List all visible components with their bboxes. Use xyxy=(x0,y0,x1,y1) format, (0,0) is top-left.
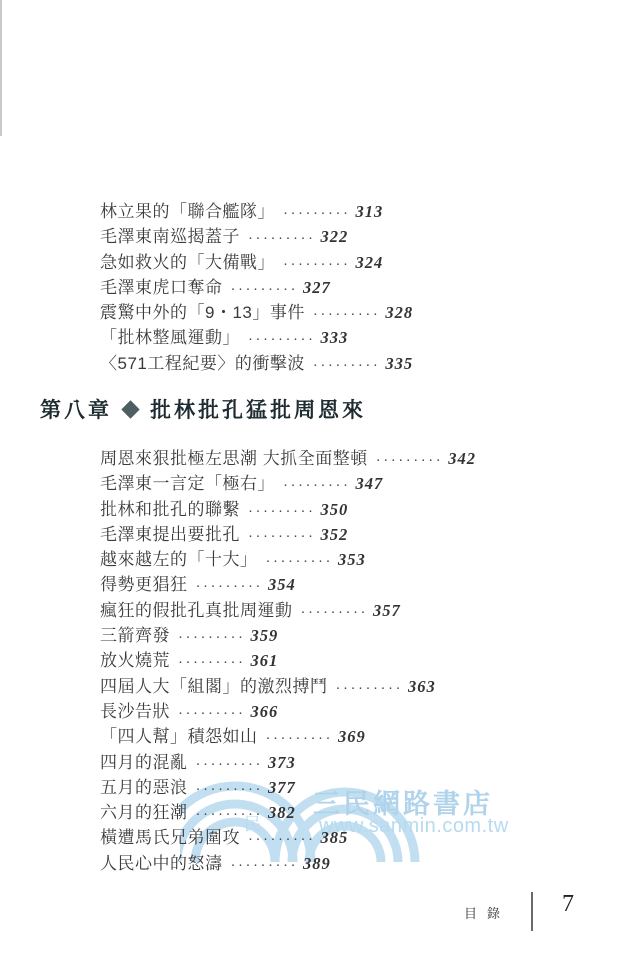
toc-entry-title: 放火燒荒 xyxy=(100,646,170,671)
toc-entry: 「四人幫」積怨如山·········369 xyxy=(100,722,476,747)
toc-entry-title: 四月的混亂 xyxy=(100,748,188,773)
toc-leader-dots: ········· xyxy=(266,552,333,569)
toc-entry: 五月的惡浪·········377 xyxy=(100,773,476,798)
toc-leader-dots: ········· xyxy=(283,204,350,221)
diamond-icon xyxy=(121,400,139,418)
toc-entry-page-number: 385 xyxy=(320,828,348,848)
toc-entry-page-number: 333 xyxy=(320,328,348,348)
toc-leader-dots: ········· xyxy=(178,653,245,670)
toc-section-upper: 林立果的「聯合艦隊」·········313毛澤東南巡揭蓋子·········3… xyxy=(100,197,413,374)
toc-entry-title: 林立果的「聯合艦隊」 xyxy=(100,197,275,222)
toc-leader-dots: ········· xyxy=(178,704,245,721)
toc-entry-title: 六月的狂潮 xyxy=(100,798,188,823)
toc-entry: 六月的狂潮·········382 xyxy=(100,798,476,823)
toc-entry-title: 「批林整風運動」 xyxy=(100,323,240,348)
toc-entry: 批林和批孔的聯繫·········350 xyxy=(100,495,476,520)
toc-leader-dots: ········· xyxy=(248,527,315,544)
toc-leader-dots: ········· xyxy=(301,603,368,620)
toc-entry-title: 三箭齊發 xyxy=(100,621,170,646)
toc-entry: 放火燒荒·········361 xyxy=(100,646,476,671)
toc-entry-title: 毛澤東提出要批孔 xyxy=(100,520,240,545)
toc-leader-dots: ········· xyxy=(196,577,263,594)
toc-entry-title: 長沙告狀 xyxy=(100,697,170,722)
toc-entry-page-number: 363 xyxy=(408,677,436,697)
toc-leader-dots: ········· xyxy=(196,755,263,772)
footer-page-number: 7 xyxy=(562,891,574,918)
toc-leader-dots: ········· xyxy=(313,356,380,373)
toc-entry: 人民心中的怒濤·········389 xyxy=(100,849,476,874)
toc-entry-page-number: 382 xyxy=(268,803,296,823)
toc-entry-title: 得勢更猖狂 xyxy=(100,570,188,595)
toc-leader-dots: ········· xyxy=(248,330,315,347)
toc-entry-page-number: 324 xyxy=(355,253,383,273)
scan-edge-artifact xyxy=(0,0,2,136)
toc-entry-page-number: 328 xyxy=(385,303,413,323)
footer-divider xyxy=(531,892,533,931)
toc-entry-title: 批林和批孔的聯繫 xyxy=(100,495,240,520)
toc-entry-title: 人民心中的怒濤 xyxy=(100,849,223,874)
toc-entry: 震驚中外的「9・13」事件·········328 xyxy=(100,298,413,323)
toc-leader-dots: ········· xyxy=(231,280,298,297)
footer-section-label: 目錄 xyxy=(464,903,510,922)
toc-entry: 得勢更猖狂·········354 xyxy=(100,570,476,595)
toc-entry-page-number: 313 xyxy=(355,202,383,222)
toc-entry: 毛澤東一言定「極右」·········347 xyxy=(100,469,476,494)
chapter-number: 第八章 xyxy=(40,394,112,424)
toc-entry-title: 毛澤東南巡揭蓋子 xyxy=(100,222,240,247)
toc-entry-page-number: 389 xyxy=(303,854,331,874)
toc-entry-page-number: 335 xyxy=(385,354,413,374)
toc-leader-dots: ········· xyxy=(248,830,315,847)
toc-leader-dots: ········· xyxy=(248,229,315,246)
toc-entry-title: 越來越左的「十大」 xyxy=(100,545,258,570)
toc-leader-dots: ········· xyxy=(283,255,350,272)
toc-entry-page-number: 357 xyxy=(373,601,401,621)
toc-entry-page-number: 353 xyxy=(338,550,366,570)
toc-entry-page-number: 354 xyxy=(268,575,296,595)
toc-entry: 毛澤東南巡揭蓋子·········322 xyxy=(100,222,413,247)
toc-entry: 三箭齊發·········359 xyxy=(100,621,476,646)
toc-entry-page-number: 347 xyxy=(355,474,383,494)
toc-leader-dots: ········· xyxy=(248,502,315,519)
toc-section-lower: 周恩來狠批極左思潮 大抓全面整頓·········342毛澤東一言定「極右」··… xyxy=(100,444,476,874)
toc-entry: 四月的混亂·········373 xyxy=(100,748,476,773)
toc-entry: 四屆人大「組閣」的激烈搏鬥·········363 xyxy=(100,672,476,697)
toc-entry-page-number: 366 xyxy=(250,702,278,722)
toc-entry-title: 橫遭馬氏兄弟圍攻 xyxy=(100,823,240,848)
toc-entry-page-number: 373 xyxy=(268,753,296,773)
toc-entry-title: 毛澤東一言定「極右」 xyxy=(100,469,275,494)
toc-leader-dots: ········· xyxy=(313,305,380,322)
toc-entry: 越來越左的「十大」·········353 xyxy=(100,545,476,570)
toc-entry: 毛澤東虎口奪命·········327 xyxy=(100,273,413,298)
toc-leader-dots: ········· xyxy=(376,451,443,468)
toc-entry-title: 毛澤東虎口奪命 xyxy=(100,273,223,298)
toc-entry: 急如救火的「大備戰」·········324 xyxy=(100,248,413,273)
toc-entry: 毛澤東提出要批孔·········352 xyxy=(100,520,476,545)
toc-entry-title: 瘋狂的假批孔真批周運動 xyxy=(100,596,293,621)
chapter-title: 批林批孔猛批周恩來 xyxy=(150,394,366,424)
toc-entry-page-number: 361 xyxy=(250,651,278,671)
toc-entry: 長沙告狀·········366 xyxy=(100,697,476,722)
toc-entry: 周恩來狠批極左思潮 大抓全面整頓·········342 xyxy=(100,444,476,469)
toc-leader-dots: ········· xyxy=(196,780,263,797)
toc-entry-title: 五月的惡浪 xyxy=(100,773,188,798)
toc-leader-dots: ········· xyxy=(283,476,350,493)
toc-entry-page-number: 369 xyxy=(338,727,366,747)
toc-entry: 林立果的「聯合艦隊」·········313 xyxy=(100,197,413,222)
toc-leader-dots: ········· xyxy=(231,856,298,873)
toc-entry-page-number: 352 xyxy=(320,525,348,545)
book-toc-page: 民 三民網路書店 www.sanmin.com.tw 林立果的「聯合艦隊」···… xyxy=(0,0,641,975)
toc-leader-dots: ········· xyxy=(196,805,263,822)
toc-entry: 「批林整風運動」·········333 xyxy=(100,323,413,348)
toc-entry-page-number: 350 xyxy=(320,500,348,520)
toc-entry-page-number: 327 xyxy=(303,278,331,298)
toc-entry-title: 「四人幫」積怨如山 xyxy=(100,722,258,747)
toc-entry: 橫遭馬氏兄弟圍攻·········385 xyxy=(100,823,476,848)
toc-entry-title: 四屆人大「組閣」的激烈搏鬥 xyxy=(100,672,328,697)
toc-leader-dots: ········· xyxy=(266,729,333,746)
toc-entry-title: 周恩來狠批極左思潮 大抓全面整頓 xyxy=(100,444,368,469)
toc-entry-page-number: 322 xyxy=(320,227,348,247)
toc-entry-page-number: 359 xyxy=(250,626,278,646)
toc-entry-title: 急如救火的「大備戰」 xyxy=(100,248,275,273)
toc-entry-page-number: 342 xyxy=(448,449,476,469)
toc-entry-title: 〈571工程紀要〉的衝擊波 xyxy=(100,349,305,374)
toc-entry: 〈571工程紀要〉的衝擊波·········335 xyxy=(100,349,413,374)
chapter-heading: 第八章 批林批孔猛批周恩來 xyxy=(40,394,366,424)
toc-leader-dots: ········· xyxy=(336,679,403,696)
toc-entry-page-number: 377 xyxy=(268,778,296,798)
toc-entry: 瘋狂的假批孔真批周運動·········357 xyxy=(100,596,476,621)
toc-leader-dots: ········· xyxy=(178,628,245,645)
toc-entry-title: 震驚中外的「9・13」事件 xyxy=(100,298,305,323)
